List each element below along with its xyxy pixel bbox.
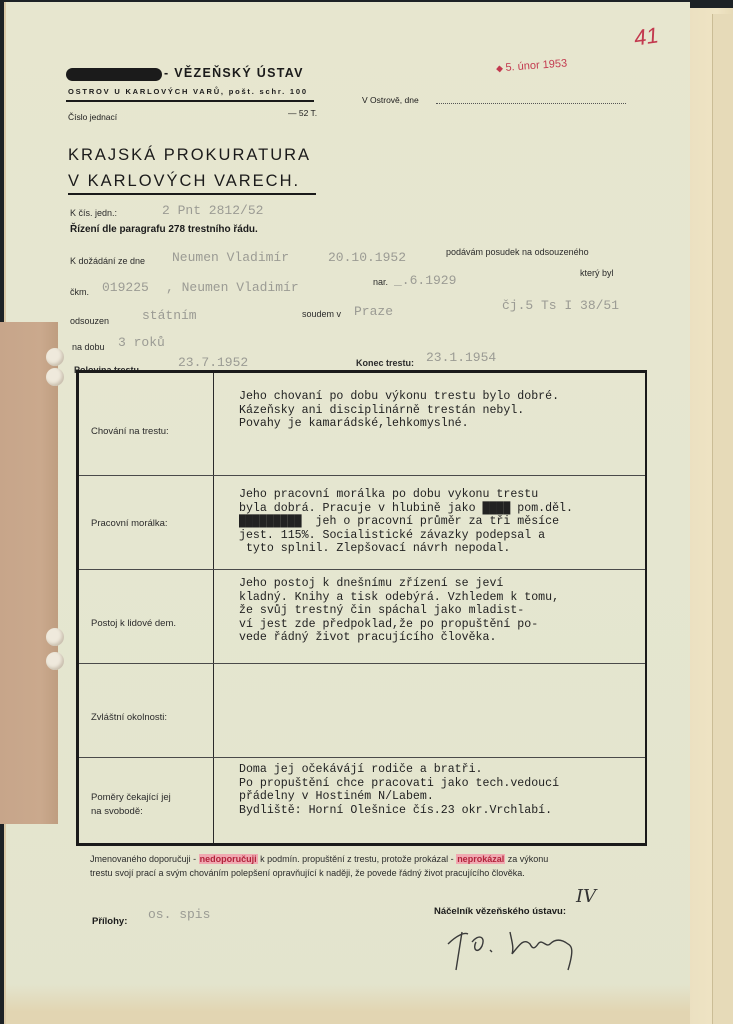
attachments-label: Přílohy: bbox=[92, 916, 127, 927]
prisoner-name: , Neumen Vladimír bbox=[166, 280, 299, 295]
end-date: 23.1.1954 bbox=[426, 350, 496, 365]
punch-hole bbox=[46, 368, 64, 386]
attachments-value: os. spis bbox=[148, 907, 210, 922]
recommendation-line1: Jmenovaného doporučuji - nedoporučuji k … bbox=[90, 852, 548, 867]
born-label: nar. bbox=[373, 277, 388, 287]
ref-label: Číslo jednací bbox=[68, 112, 117, 122]
place-date-label: V Ostrově, dne bbox=[362, 95, 419, 105]
struck-option: neprokázal bbox=[456, 854, 505, 864]
court-place: Praze bbox=[354, 304, 393, 319]
addressee-rule bbox=[68, 193, 316, 195]
punch-hole bbox=[46, 348, 64, 366]
recommendation-text: Jmenovaného doporučuji - bbox=[90, 854, 199, 864]
row-label-work-morale: Pracovní morálka: bbox=[91, 517, 168, 531]
date-line bbox=[436, 103, 626, 104]
row-text-work-morale: Jeho pracovní morálka po dobu vykonu tre… bbox=[239, 488, 573, 556]
row-label-behavior: Chování na trestu: bbox=[91, 425, 169, 439]
addressee-line1: KRAJSKÁ PROKURATURA bbox=[68, 146, 311, 165]
reference-value: 2 Pnt 2812/52 bbox=[162, 203, 263, 218]
request-label: K dožádání ze dne bbox=[70, 256, 145, 266]
row-label-prospects: Poměry čekající jej na svobodě: bbox=[91, 791, 171, 819]
punch-hole bbox=[46, 628, 64, 646]
half-date: 23.7.1952 bbox=[178, 355, 248, 370]
case-number: čj.5 Ts I 38/51 bbox=[502, 298, 619, 313]
recommendation-text: k podmín. propuštění z trestu, protože p… bbox=[258, 854, 457, 864]
which-label: který byl bbox=[580, 268, 614, 278]
row-text-prospects: Doma jej očekávájí rodiče a bratři. Po p… bbox=[239, 763, 559, 817]
recommendation-line2: trestu svojí prací a svým chováním polep… bbox=[90, 866, 525, 881]
subject-line: Řízení dle paragrafu 278 trestního řádu. bbox=[70, 224, 258, 235]
duration-label: na dobu bbox=[72, 342, 105, 352]
ckm-value: 019225 bbox=[102, 280, 149, 295]
row-text-attitude: Jeho postoj k dnešnímu zřízení se jeví k… bbox=[239, 577, 559, 645]
addressee-line2: V KARLOVÝCH VARECH. bbox=[68, 172, 300, 191]
form-number: — 52 T. bbox=[288, 108, 317, 118]
signature-mark: IV bbox=[576, 886, 596, 907]
end-label: Konec trestu: bbox=[356, 358, 414, 368]
institution-name: - VĚZEŇSKÝ ÚSTAV bbox=[164, 66, 304, 80]
document-page: - VĚZEŇSKÝ ÚSTAV OSTROV U KARLOVÝCH VARŮ… bbox=[4, 2, 690, 1024]
row-divider bbox=[79, 663, 645, 664]
punch-hole bbox=[46, 652, 64, 670]
row-divider bbox=[79, 569, 645, 570]
binding-tape bbox=[0, 322, 58, 824]
court-label: soudem v bbox=[302, 309, 341, 319]
stamp-date-text: 5. únor 1953 bbox=[505, 58, 567, 74]
folio-number: 41 bbox=[632, 22, 660, 51]
handwritten-signature-icon bbox=[442, 914, 592, 974]
table-divider bbox=[213, 373, 214, 843]
date-stamp: ◆ 5. únor 1953 bbox=[496, 58, 568, 75]
row-divider bbox=[79, 757, 645, 758]
ckm-label: čkm. bbox=[70, 287, 89, 297]
underlying-sheet-edge bbox=[712, 14, 733, 1024]
reference-label: K čís. jedn.: bbox=[70, 208, 117, 218]
court-type: státním bbox=[142, 308, 197, 323]
request-suffix: podávám posudek na odsouzeného bbox=[446, 247, 589, 257]
redaction-mark bbox=[66, 68, 162, 81]
request-date: 20.10.1952 bbox=[328, 250, 406, 265]
row-text-behavior: Jeho chovaní po dobu výkonu trestu bylo … bbox=[239, 390, 559, 431]
struck-option: nedoporučuji bbox=[199, 854, 258, 864]
row-label-special: Zvláštní okolnosti: bbox=[91, 711, 167, 725]
sentenced-label: odsouzen bbox=[70, 316, 109, 326]
institution-address: OSTROV U KARLOVÝCH VARŮ, pošt. schr. 100 bbox=[68, 87, 308, 96]
assessment-table: Chování na trestu: Jeho chovaní po dobu … bbox=[76, 370, 647, 846]
letterhead-rule bbox=[66, 100, 314, 102]
row-label-attitude: Postoj k lidové dem. bbox=[91, 617, 176, 631]
born-date: _.6.1929 bbox=[394, 273, 456, 288]
duration-value: 3 roků bbox=[118, 335, 165, 350]
row-divider bbox=[79, 475, 645, 476]
request-name: Neumen Vladimír bbox=[172, 250, 289, 265]
paper-edge bbox=[6, 984, 690, 1024]
recommendation-text: za výkonu bbox=[505, 854, 548, 864]
